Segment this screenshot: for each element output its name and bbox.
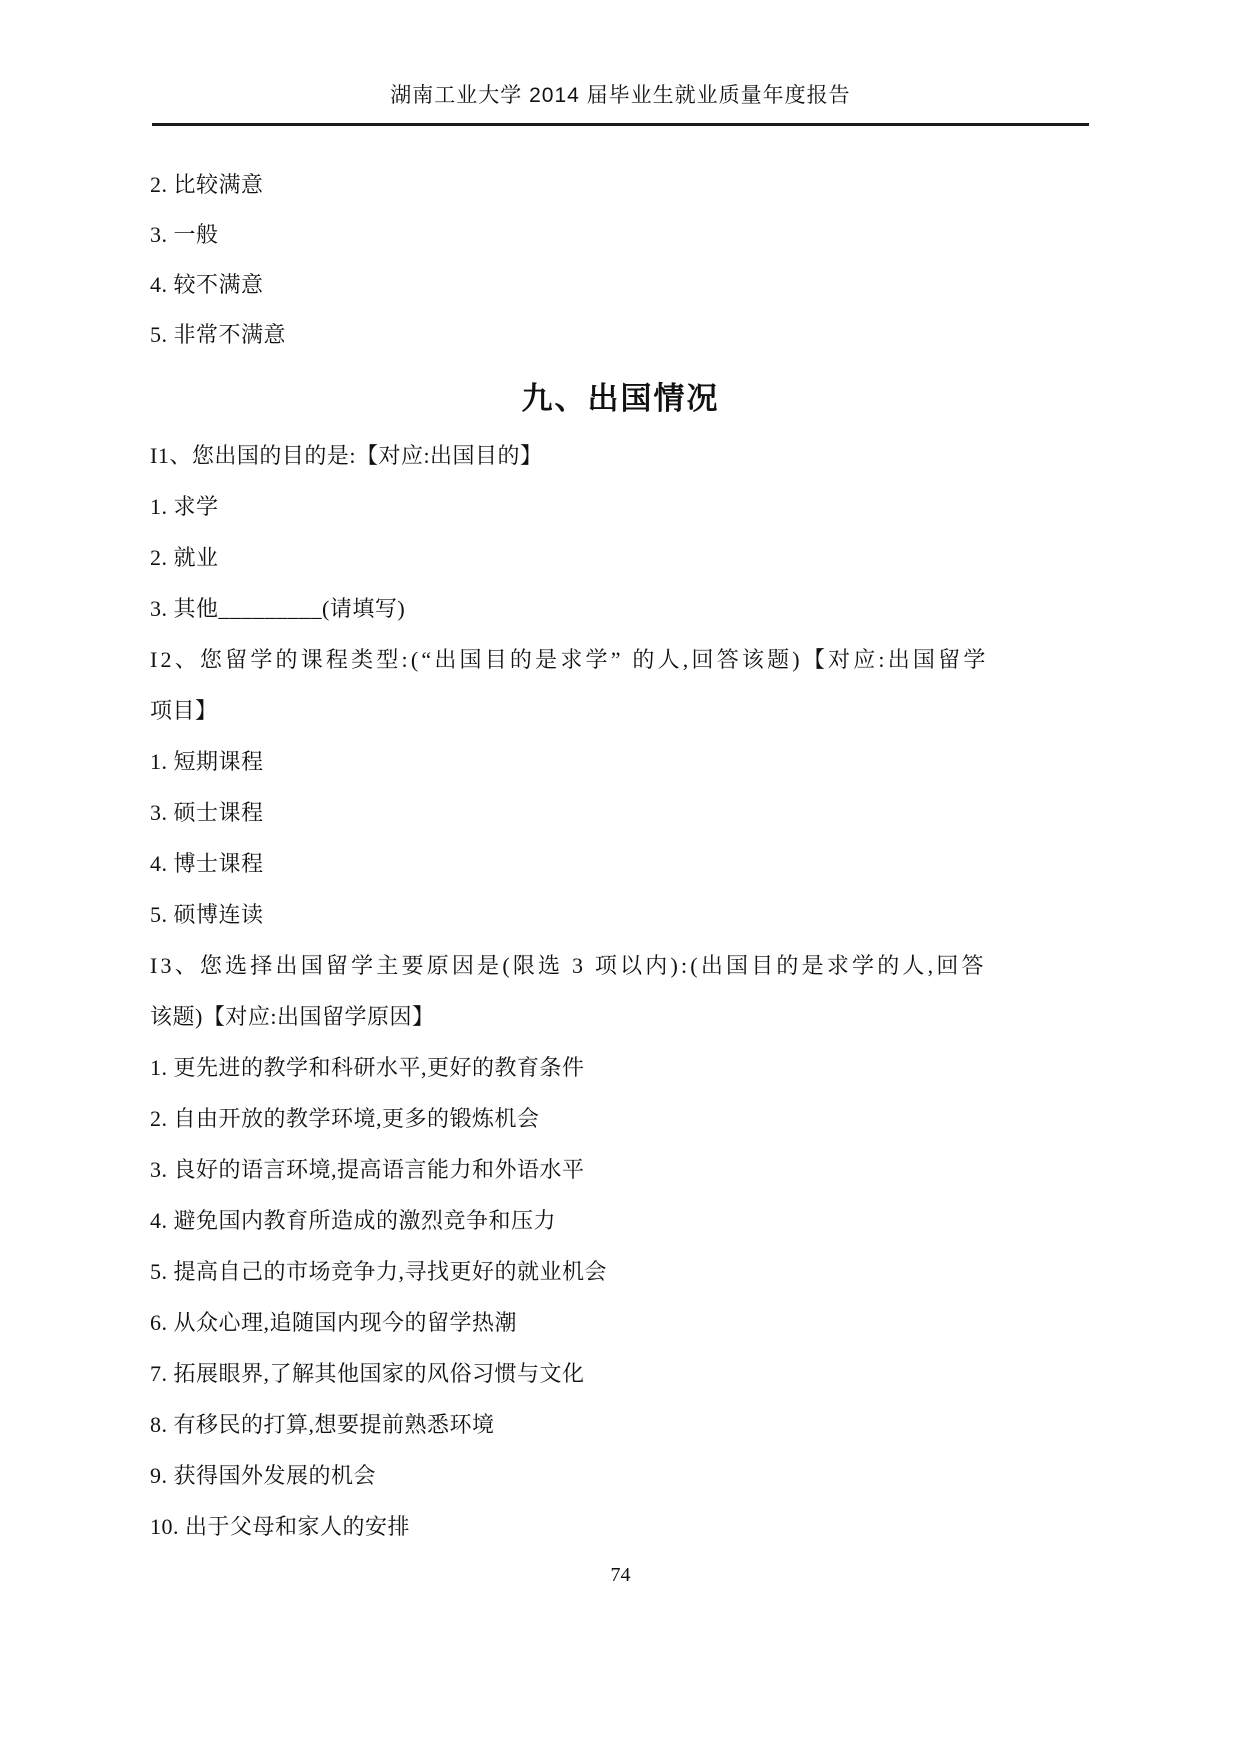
header-title: 湖南工业大学 2014 届毕业生就业质量年度报告 — [0, 84, 1241, 108]
question-line-continuation: 该题)【对应:出国留学原因】 — [150, 991, 989, 1042]
list-item: 2. 自由开放的教学环境,更多的锻炼机会 — [150, 1093, 989, 1144]
question-line-continuation: 项目】 — [150, 685, 989, 736]
list-item: 10. 出于父母和家人的安排 — [150, 1501, 989, 1552]
list-item: 1. 短期课程 — [150, 736, 989, 787]
question-line: I2、您留学的课程类型:(“出国目的是求学” 的人,回答该题)【对应:出国留学 — [150, 634, 989, 685]
question-line: I1、您出国的目的是:【对应:出国目的】 — [150, 430, 989, 481]
header-rule — [152, 123, 1089, 126]
section-heading: 九、出国情况 — [0, 382, 1241, 416]
list-item: 6. 从众心理,追随国内现今的留学热潮 — [150, 1297, 989, 1348]
page-number: 74 — [0, 1563, 1241, 1587]
list-item: 1. 求学 — [150, 481, 989, 532]
question-line: I3、您选择出国留学主要原因是(限选 3 项以内):(出国目的是求学的人,回答 — [150, 940, 989, 991]
list-item: 2. 比较满意 — [150, 160, 286, 210]
list-item: 2. 就业 — [150, 532, 989, 583]
list-item: 3. 良好的语言环境,提高语言能力和外语水平 — [150, 1144, 989, 1195]
list-item-fill-in-blank: 3. 其他_________(请填写) — [150, 583, 989, 634]
list-item: 7. 拓展眼界,了解其他国家的风俗习惯与文化 — [150, 1348, 989, 1399]
list-item: 5. 非常不满意 — [150, 310, 286, 360]
list-item: 4. 博士课程 — [150, 838, 989, 889]
list-item: 3. 一般 — [150, 210, 286, 260]
list-item: 8. 有移民的打算,想要提前熟悉环境 — [150, 1399, 989, 1450]
section-content: I1、您出国的目的是:【对应:出国目的】 1. 求学 2. 就业 3. 其他__… — [150, 430, 989, 1552]
list-item: 4. 较不满意 — [150, 260, 286, 310]
pre-section-options: 2. 比较满意 3. 一般 4. 较不满意 5. 非常不满意 — [150, 160, 286, 360]
list-item: 3. 硕士课程 — [150, 787, 989, 838]
list-item: 9. 获得国外发展的机会 — [150, 1450, 989, 1501]
document-page: 湖南工业大学 2014 届毕业生就业质量年度报告 2. 比较满意 3. 一般 4… — [0, 0, 1241, 1754]
list-item: 1. 更先进的教学和科研水平,更好的教育条件 — [150, 1042, 989, 1093]
list-item: 5. 硕博连读 — [150, 889, 989, 940]
list-item: 4. 避免国内教育所造成的激烈竞争和压力 — [150, 1195, 989, 1246]
list-item: 5. 提高自己的市场竞争力,寻找更好的就业机会 — [150, 1246, 989, 1297]
